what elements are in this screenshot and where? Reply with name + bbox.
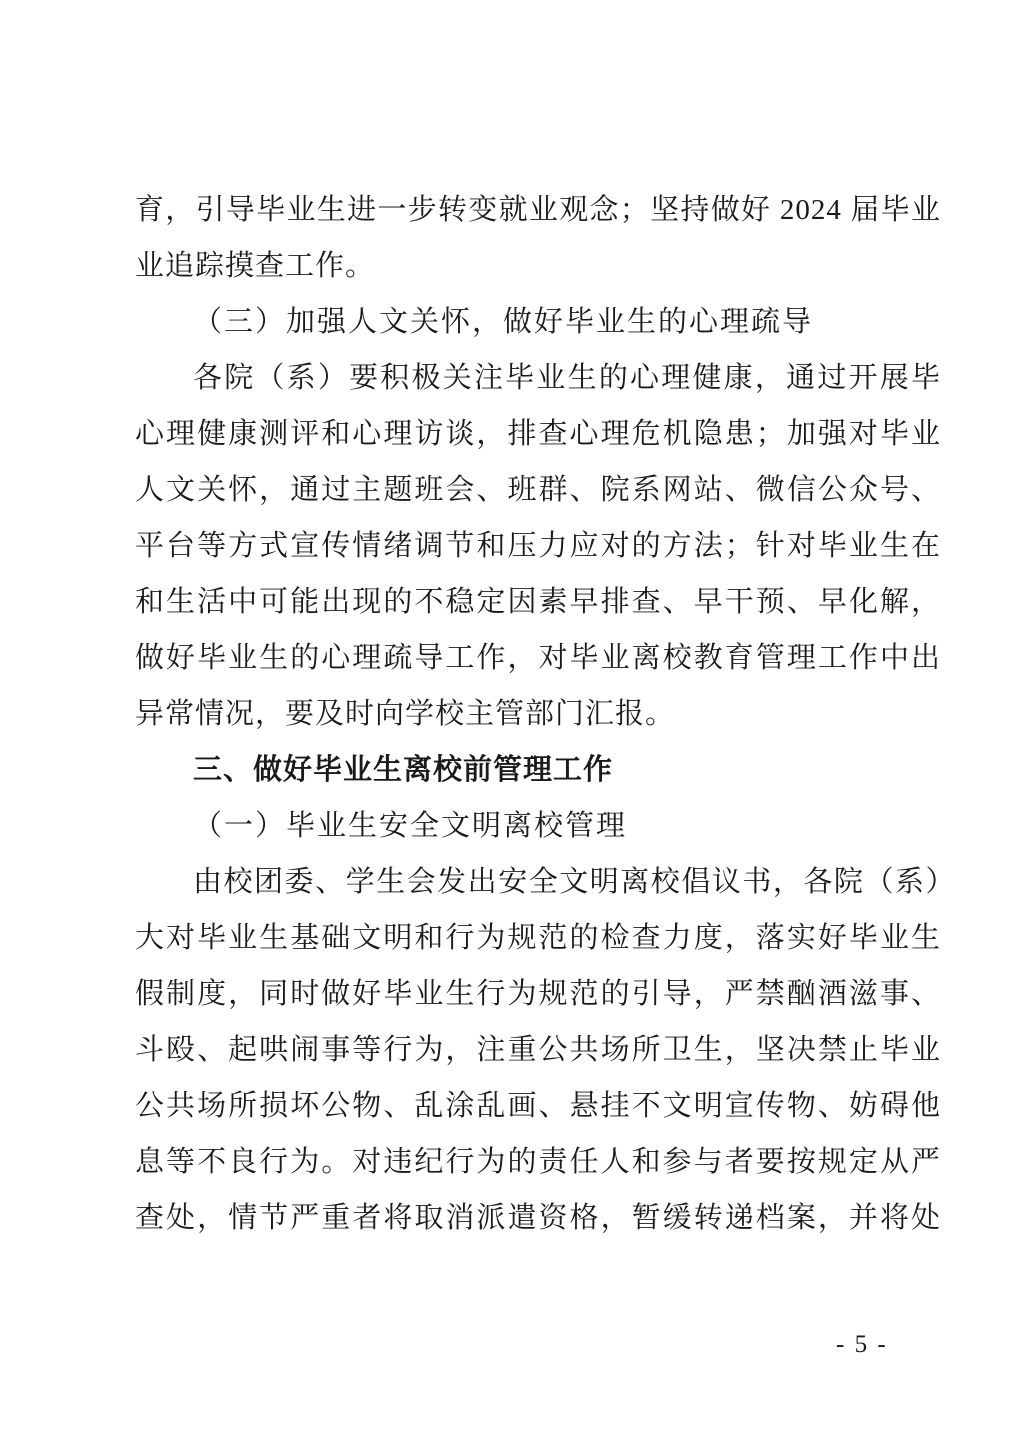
body-text-line: 由校团委、学生会发出安全文明离校倡议书，各院（系）加 — [135, 854, 941, 910]
body-text-line: 斗殴、起哄闹事等行为，注重公共场所卫生，坚决禁止毕业生在 — [135, 1022, 941, 1078]
body-text-line: 假制度，同时做好毕业生行为规范的引导，严禁酗酒滋事、打架 — [135, 966, 941, 1022]
body-text-line: 平台等方式宣传情绪调节和压力应对的方法；针对毕业生在就业 — [135, 518, 941, 574]
document-page: 育，引导毕业生进一步转变就业观念；坚持做好 2024 届毕业生就业追踪摸查工作。… — [0, 0, 1024, 1448]
body-text-line: 育，引导毕业生进一步转变就业观念；坚持做好 2024 届毕业生就 — [135, 182, 941, 238]
body-text-line: 息等不良行为。对违纪行为的责任人和参与者要按规定从严从快 — [135, 1134, 941, 1190]
section-heading: 三、做好毕业生离校前管理工作 — [135, 742, 941, 798]
body-text-line: 和生活中可能出现的不稳定因素早排查、早干预、早化解，积极 — [135, 574, 941, 630]
body-text-line: 异常情况，要及时向学校主管部门汇报。 — [135, 686, 941, 742]
body-text-line: 人文关怀，通过主题班会、班群、院系网站、微信公众号、易班 — [135, 462, 941, 518]
body-text-line: 公共场所损坏公物、乱涂乱画、悬挂不文明宣传物、妨碍他人休 — [135, 1078, 941, 1134]
body-text-line: 大对毕业生基础文明和行为规范的检查力度，落实好毕业生请销 — [135, 910, 941, 966]
sub-heading: （一）毕业生安全文明离校管理 — [135, 798, 941, 854]
page-number: - 5 - — [836, 1330, 888, 1360]
sub-heading: （三）加强人文关怀，做好毕业生的心理疏导 — [135, 294, 941, 350]
body-text-line: 心理健康测评和心理访谈，排查心理危机隐患；加强对毕业生的 — [135, 406, 941, 462]
body-text-line: 查处，情节严重者将取消派遣资格，暂缓转递档案，并将处理结 — [135, 1190, 941, 1246]
body-text-line: 各院（系）要积极关注毕业生的心理健康，通过开展毕业生 — [135, 350, 941, 406]
body-text-line: 做好毕业生的心理疏导工作，对毕业离校教育管理工作中出现的 — [135, 630, 941, 686]
body-text-line: 业追踪摸查工作。 — [135, 238, 941, 294]
document-body: 育，引导毕业生进一步转变就业观念；坚持做好 2024 届毕业生就业追踪摸查工作。… — [135, 182, 941, 1246]
